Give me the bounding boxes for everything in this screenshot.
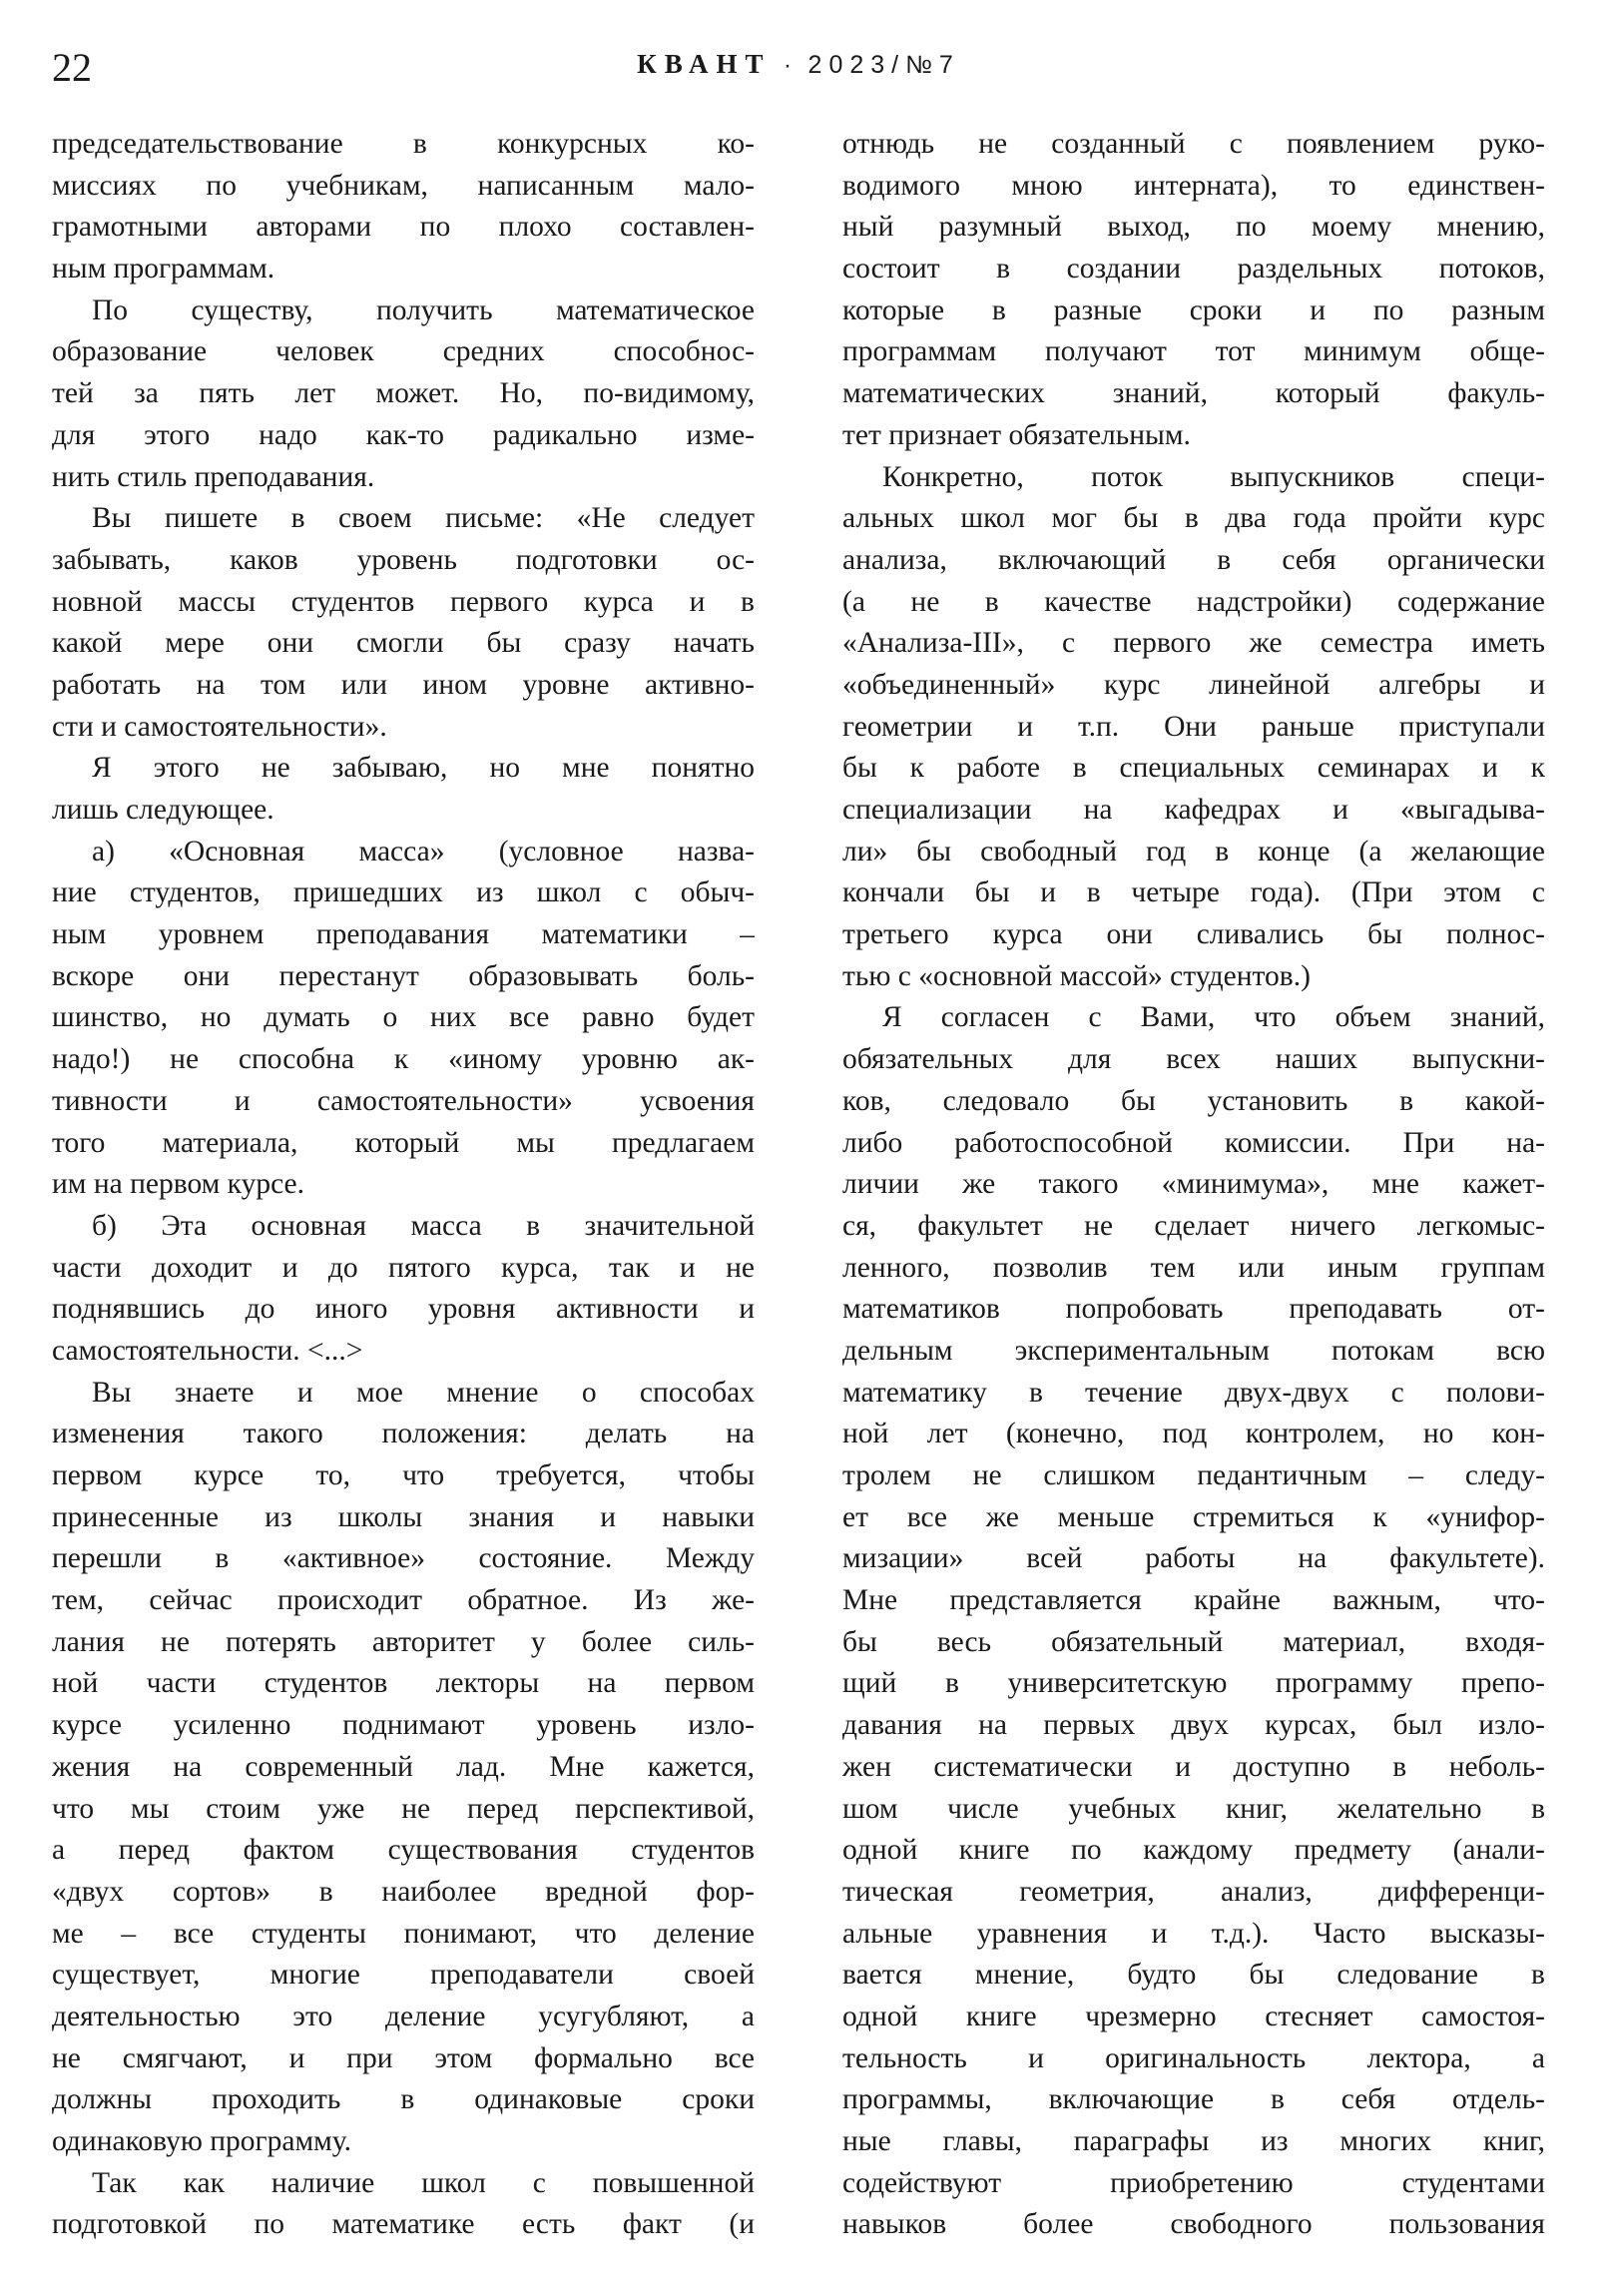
text-line: подготовкой по математике есть факт (и [52,2204,755,2246]
text-line: ные главы, параграфы из многих книг, [842,2121,1545,2163]
text-line: ме – все студенты понимают, что деление [52,1914,755,1956]
text-line: для этого надо как-то радикально изме- [52,415,755,457]
text-line: нить стиль преподавания. [52,457,755,499]
text-line: тей за пять лет может. Но, по-видимому, [52,373,755,415]
text-line: части доходит и до пятого курса, так и н… [52,1248,755,1290]
text-line: одной книге чрезмерно стесняет самостоя- [842,1997,1545,2038]
text-line: шинство, но думать о них все равно будет [52,997,755,1039]
text-line: существует, многие преподаватели своей [52,1955,755,1997]
text-line: какой мере они смогли бы сразу начать [52,623,755,665]
text-line: Вы знаете и мое мнение о способах [52,1373,755,1415]
text-line: ние студентов, пришедших из школ с обыч- [52,872,755,914]
text-line: ленного, позволив тем или иным группам [842,1248,1545,1290]
text-line: перешли в «активное» состояние. Между [52,1538,755,1580]
right-column: отнюдь не созданный с появлением руко-во… [842,124,1545,2246]
text-line: принесенные из школы знания и навыки [52,1497,755,1539]
text-line: тельность и оригинальность лектора, а [842,2038,1545,2080]
text-line: шом числе учебных книг, желательно в [842,1789,1545,1831]
text-line: третьего курса они сливались бы полнос- [842,914,1545,956]
text-line: Я согласен с Вами, что объем знаний, [842,997,1545,1039]
text-line: содействуют приобретению студентами [842,2163,1545,2205]
text-line: ный разумный выход, по моему мнению, [842,207,1545,249]
text-line: жен систематически и доступно в неболь- [842,1747,1545,1789]
text-line: программам получают тот минимум обще- [842,331,1545,373]
text-line: вается мнение, будто бы следование в [842,1955,1545,1997]
text-line: тическая геометрия, анализ, дифференци- [842,1872,1545,1914]
text-line: анализа, включающий в себя органически [842,540,1545,582]
text-line: лишь следующее. [52,790,755,832]
text-line: альных школ мог бы в два года пройти кур… [842,498,1545,540]
text-line: «Анализа-III», с первого же семестра име… [842,623,1545,665]
text-line: того материала, который мы предлагаем [52,1123,755,1165]
text-line: специализации на кафедрах и «выгадыва- [842,790,1545,832]
text-line: математику в течение двух-двух с полови- [842,1373,1545,1415]
text-line: не смягчают, и при этом формально все [52,2038,755,2080]
text-line: бы весь обязательный материал, входя- [842,1622,1545,1664]
text-line: надо!) не способна к «иному уровню ак- [52,1039,755,1081]
text-line: ной лет (конечно, под контролем, но кон- [842,1414,1545,1455]
text-line: Мне представляется крайне важным, что- [842,1580,1545,1622]
text-line: а перед фактом существования студентов [52,1830,755,1872]
text-line: должны проходить в одинаковые сроки [52,2079,755,2121]
text-line: либо работоспособной комиссии. При на- [842,1123,1545,1165]
text-line: б) Эта основная масса в значительной [52,1206,755,1248]
left-column: председательствование в конкурсных ко-ми… [52,124,755,2246]
header-separator: · [784,52,792,79]
text-line: альные уравнения и т.д.). Часто высказы- [842,1914,1545,1956]
text-line: первом курсе то, что требуется, чтобы [52,1455,755,1497]
issue-number: 2023/№7 [808,51,960,79]
text-line: Вы пишете в своем письме: «Не следует [52,498,755,540]
text-line: жения на современный лад. Мне кажется, [52,1747,755,1789]
text-line: председательствование в конкурсных ко- [52,124,755,166]
text-line: геометрии и т.п. Они раньше приступали [842,707,1545,749]
text-line: «двух сортов» в наиболее вредной фор- [52,1872,755,1914]
text-line: ет все же меньше стремиться к «унифор- [842,1497,1545,1539]
text-line: Так как наличие школ с повышенной [52,2163,755,2205]
text-line: ся, факультет не сделает ничего легкомыс… [842,1206,1545,1248]
text-line: образование человек средних способнос- [52,331,755,373]
text-line: тивности и самостоятельности» усвоения [52,1081,755,1123]
text-line: щий в университетскую программу препо- [842,1663,1545,1705]
text-line: новной массы студентов первого курса и в [52,582,755,624]
text-line: одной книге по каждому предмету (анали- [842,1830,1545,1872]
text-line: дельным экспериментальным потокам всю [842,1331,1545,1373]
text-line: деятельностью это деление усугубляют, а [52,1997,755,2038]
text-line: а) «Основная масса» (условное назва- [52,832,755,873]
text-line: личии же такого «минимума», мне кажет- [842,1164,1545,1206]
text-line: тет признает обязательным. [842,415,1545,457]
text-line: курсе усиленно поднимают уровень изло- [52,1705,755,1747]
text-line: ным программам. [52,249,755,290]
text-line: ной части студентов лекторы на первом [52,1663,755,1705]
text-line: самостоятельности. <...> [52,1331,755,1373]
text-line: тем, сейчас происходит обратное. Из же- [52,1580,755,1622]
text-line: грамотными авторами по плохо составлен- [52,207,755,249]
text-line: мизации» всей работы на факультете). [842,1538,1545,1580]
text-line: одинаковую программу. [52,2121,755,2163]
text-line: которые в разные сроки и по разным [842,290,1545,332]
text-line: ли» бы свободный год в конце (а желающие [842,832,1545,873]
text-line: математических знаний, который факуль- [842,373,1545,415]
text-line: навыков более свободного пользования [842,2204,1545,2246]
text-line: забывать, каков уровень подготовки ос- [52,540,755,582]
text-line: изменения такого положения: делать на [52,1414,755,1455]
text-line: им на первом курсе. [52,1164,755,1206]
text-line: сти и самостоятельности». [52,707,755,749]
text-line: обязательных для всех наших выпускни- [842,1039,1545,1081]
text-line: кончали бы и в четыре года). (При этом с [842,872,1545,914]
text-line: вскоре они перестанут образовывать боль- [52,956,755,998]
text-line: тролем не слишком педантичным – следу- [842,1455,1545,1497]
text-line: Я этого не забываю, но мне понятно [52,748,755,790]
journal-title: КВАНТ [637,49,771,79]
text-line: программы, включающие в себя отдель- [842,2079,1545,2121]
text-line: лания не потерять авторитет у более силь… [52,1622,755,1664]
text-line: математиков попробовать преподавать от- [842,1289,1545,1331]
text-line: «объединенный» курс линейной алгебры и [842,665,1545,707]
text-line: водимого мною интерната), то единствен- [842,166,1545,208]
text-line: состоит в создании раздельных потоков, [842,249,1545,290]
text-line: работать на том или ином уровне активно- [52,665,755,707]
text-line: тью с «основной массой» студентов.) [842,956,1545,998]
text-line: поднявшись до иного уровня активности и [52,1289,755,1331]
text-line: давания на первых двух курсах, был изло- [842,1705,1545,1747]
text-line: отнюдь не созданный с появлением руко- [842,124,1545,166]
text-line: (а не в качестве надстройки) содержание [842,582,1545,624]
text-line: что мы стоим уже не перед перспективой, [52,1789,755,1831]
text-line: ным уровнем преподавания математики – [52,914,755,956]
text-line: ков, следовало бы установить в какой- [842,1081,1545,1123]
running-head: КВАНТ · 2023/№7 [0,48,1597,82]
text-line: Конкретно, поток выпускников специ- [842,457,1545,499]
text-line: По существу, получить математическое [52,290,755,332]
text-line: миссиях по учебникам, написанным мало- [52,166,755,208]
text-line: бы к работе в специальных семинарах и к [842,748,1545,790]
